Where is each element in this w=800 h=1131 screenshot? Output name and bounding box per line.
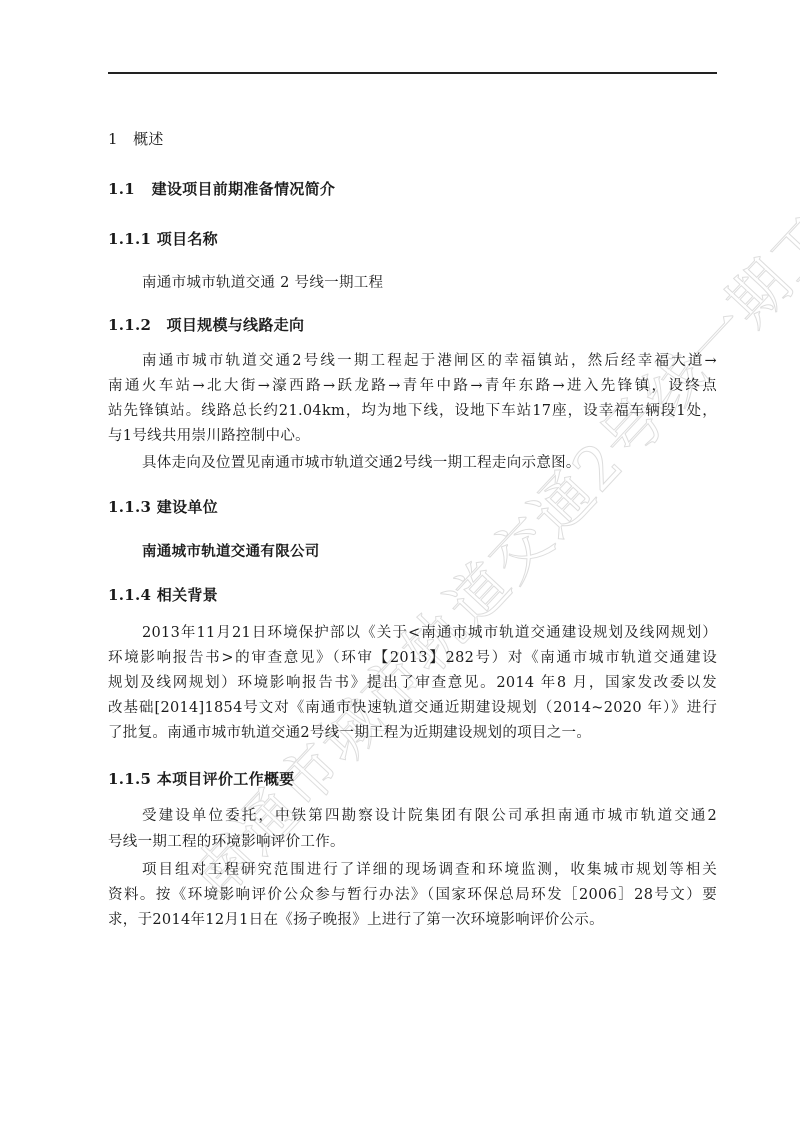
evaluation-text-line: 号线一期工程的环境影响评价工作。: [108, 830, 345, 851]
subsection-heading-1-1-2: 1.1.2 项目规模与线路走向: [108, 314, 304, 335]
route-text-line: 南通市城市轨道交通2号线一期工程起于港闸区的幸福镇站，然后经幸福大道→: [142, 349, 717, 370]
background-text-line: 了批复。南通市城市轨道交通2号线一期工程为近期建设规划的项目之一。: [108, 721, 591, 742]
background-text-line: 规划及线网规划）环境影响报告书》提出了审查意见。2014 年8 月，国家发改委以…: [108, 671, 717, 692]
evaluation-text-line: 资料。按《环境影响评价公众参与暂行办法》（国家环保总局环发［2006］28号文）…: [108, 883, 717, 904]
document-page: 南通市城市轨道交通2号线一期工程 1 概述 1.1 建设项目前期准备情况简介 1…: [0, 0, 800, 1131]
background-text-line: 改基础[2014]1854号文对《南通市快速轨道交通近期建设规划（2014~20…: [108, 696, 717, 717]
route-text-line: 与1号线共用崇川路控制中心。: [108, 424, 310, 445]
project-name-text: 南通市城市轨道交通 2 号线一期工程: [142, 271, 383, 292]
section-heading-1-1: 1.1 建设项目前期准备情况简介: [108, 178, 335, 199]
subsection-heading-1-1-3: 1.1.3 建设单位: [108, 496, 218, 517]
subsection-heading-1-1-4: 1.1.4 相关背景: [108, 584, 218, 605]
subsection-heading-1-1-5: 1.1.5 本项目评价工作概要: [108, 768, 294, 789]
background-text-line: 2013年11月21日环境保护部以《关于<南通市城市轨道交通建设规划及线网规划）: [142, 621, 717, 642]
subsection-heading-1-1-1: 1.1.1 项目名称: [108, 228, 218, 249]
section-number: 1.1: [108, 180, 135, 198]
chapter-number: 1: [108, 130, 118, 148]
chapter-heading: 1 概述: [108, 128, 164, 149]
route-text-line: 南通火车站→北大街→濠西路→跃龙路→青年中路→青年东路→进入先锋镇，设终点: [108, 374, 717, 395]
evaluation-text-line: 项目组对工程研究范围进行了详细的现场调查和环境监测，收集城市规划等相关: [142, 858, 717, 879]
section-title: 建设项目前期准备情况简介: [152, 180, 336, 198]
route-text-line: 站先锋镇站。线路总长约21.04km，均为地下线，设地下车站17座，设幸福车辆段…: [108, 399, 717, 420]
evaluation-text-line: 求，于2014年12月1日在《扬子晚报》上进行了第一次环境影响评价公示。: [108, 908, 604, 929]
evaluation-text-line: 受建设单位委托，中铁第四勘察设计院集团有限公司承担南通市城市轨道交通2: [142, 804, 717, 825]
construction-unit-name: 南通城市轨道交通有限公司: [142, 540, 320, 561]
header-rule: [108, 72, 717, 74]
chapter-title: 概述: [133, 130, 164, 148]
route-figure-reference: 具体走向及位置见南通市城市轨道交通2号线一期工程走向示意图。: [142, 451, 581, 472]
background-text-line: 环境影响报告书>的审查意见》（环审【2013】282号）对《南通市城市轨道交通建…: [108, 646, 717, 667]
